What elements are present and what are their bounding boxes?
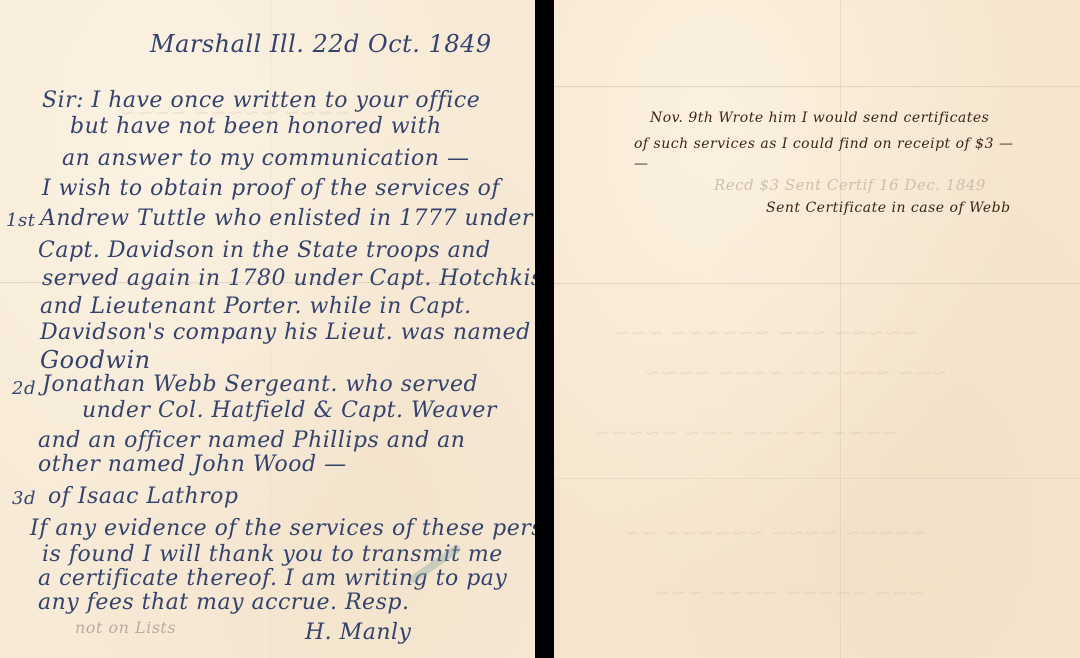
bleed-through: ~~~~ ~~~~~ ~~~ ~~~~~ [594, 420, 898, 444]
note-line: of such services as I could find on rece… [634, 136, 1013, 152]
letter-line: I wish to obtain proof of the services o… [42, 176, 500, 201]
fold-line [554, 478, 1080, 480]
letter-line: Capt. Davidson in the State troops and [38, 238, 491, 263]
letter-line: and an officer named Phillips and an [38, 428, 465, 453]
fold-line [554, 86, 1080, 88]
bleed-through: ~~~~~ ~~~~ ~~~~~~ ~~ [624, 520, 928, 544]
letter-line: served again in 1780 under Capt. Hotchki… [42, 266, 535, 291]
letter-line: other named John Wood — [38, 452, 347, 477]
letter-line: but have not been honored with [70, 114, 442, 139]
bleed-through: ~~~ ~~~~~~ ~~~~ ~~~~ [644, 360, 948, 384]
margin-number: 2d [12, 378, 36, 399]
signature: H. Manly [305, 620, 411, 645]
pencil-note: not on Lists [75, 618, 176, 637]
letter-line: any fees that may accrue. Resp. [38, 590, 409, 615]
letter-page-right: ~~~~~ ~~~ ~~~~~~ ~~~ ~~~ ~~~~~~ ~~~~ ~~~… [554, 0, 1080, 658]
letter-line: If any evidence of the services of these… [30, 516, 535, 541]
margin-number: 3d [12, 488, 36, 509]
letter-line: Jonathan Webb Sergeant. who served [42, 372, 478, 397]
margin-number: 1st [6, 210, 35, 231]
note-dash: — [634, 156, 649, 172]
letter-line: and Lieutenant Porter. while in Capt. [40, 294, 472, 319]
letter-line: a certificate thereof. I am writing to p… [38, 566, 507, 591]
letter-line: Goodwin [40, 346, 151, 374]
page-divider [535, 0, 554, 658]
letter-line: under Col. Hatfield & Capt. Weaver [82, 398, 497, 423]
bleed-through: ~~~~~ ~~~ ~~~~~~ ~~~ [614, 320, 918, 344]
letter-line: of Isaac Lathrop [48, 484, 239, 509]
faint-receipt-note: Recd $3 Sent Certif 16 Dec. 1849 [714, 176, 986, 194]
letter-line: Andrew Tuttle who enlisted in 1777 under [40, 206, 533, 231]
letter-line: an answer to my communication — [62, 146, 469, 171]
letter-page-left: ~~~~ ~~~~~ ~~~~ Marshall Ill. 22d Oct. 1… [0, 0, 535, 658]
bleed-through: ~~~ ~~~~~ ~~~~ ~~~ [654, 580, 924, 604]
closing-note: Sent Certificate in case of Webb [766, 200, 1011, 216]
note-line: Nov. 9th Wrote him I would send certific… [650, 110, 989, 126]
letter-line: Davidson's company his Lieut. was named [40, 320, 531, 345]
letter-line: Sir: I have once written to your office [42, 88, 480, 113]
fold-line [554, 283, 1080, 285]
letter-heading: Marshall Ill. 22d Oct. 1849 [150, 30, 492, 58]
